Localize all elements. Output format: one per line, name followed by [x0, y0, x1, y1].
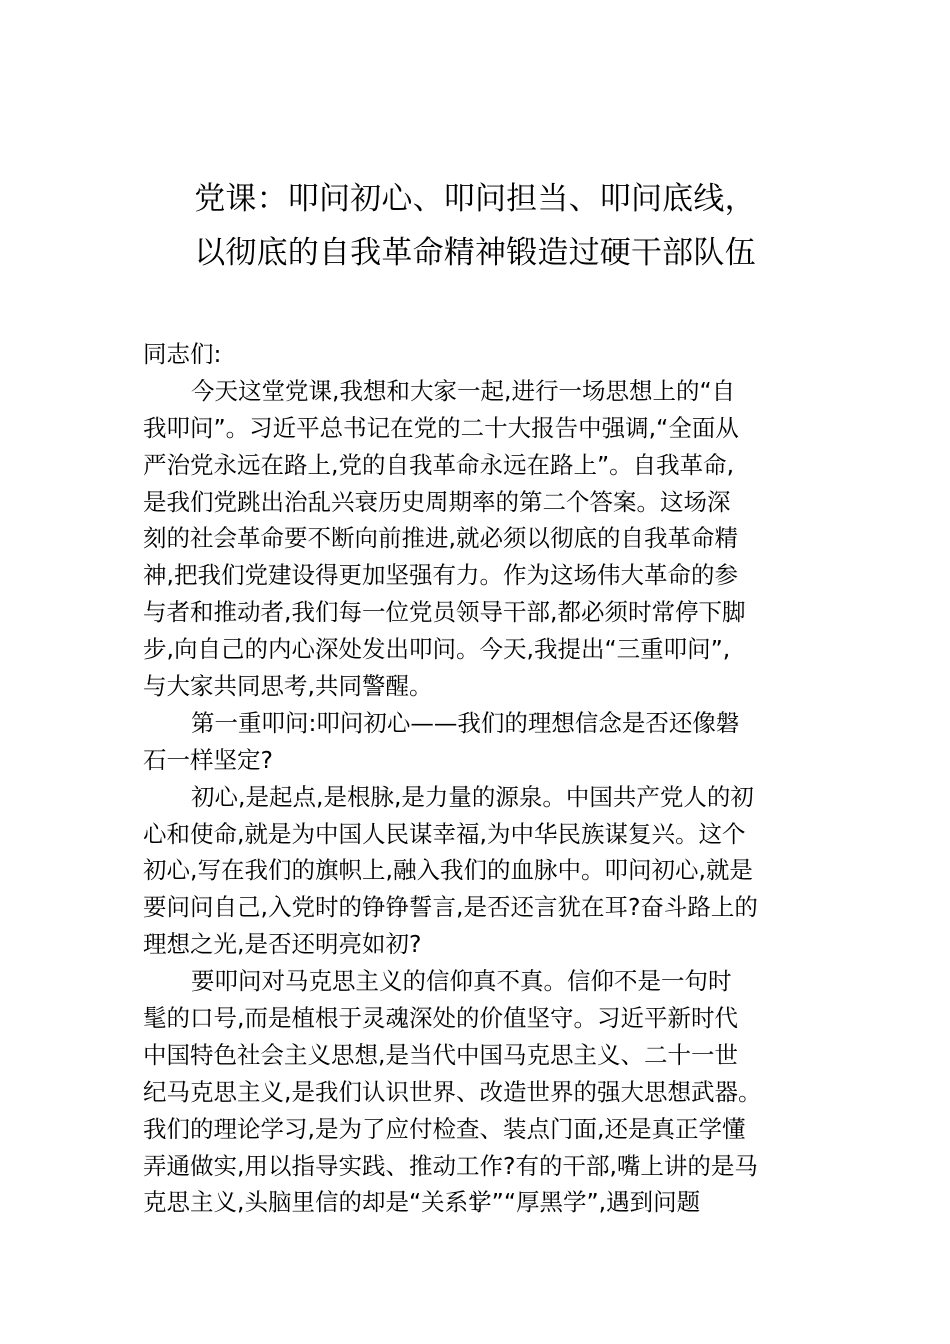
text-line: 髦的口号,而是植根于灵魂深处的价值坚守。习近平新时代 — [143, 1000, 813, 1037]
text-line: 我们的理论学习,是为了应付检查、装点门面,还是真正学懂 — [143, 1111, 813, 1148]
text-line: 要问问自己,入党时的铮铮誓言,是否还言犹在耳?奋斗路上的 — [143, 889, 813, 926]
paragraph-original-aspiration: 初心,是起点,是根脉,是力量的源泉。中国共产党人的初 心和使命,就是为中国人民谋… — [143, 779, 813, 963]
text-line: 步,向自己的内心深处发出叩问。今天,我提出“三重叩问”, — [143, 631, 813, 668]
document-body: 同志们: 今天这堂党课,我想和大家一起,进行一场思想上的“自 我叩问”。习近平总… — [143, 336, 813, 1221]
text-line: 与者和推动者,我们每一位党员领导干部,都必须时常停下脚 — [143, 594, 813, 631]
text-line: 初心,写在我们的旗帜上,融入我们的血脉中。叩问初心,就是 — [143, 852, 813, 889]
title-line-1: 党课：叩问初心、叩问担当、叩问底线， — [140, 172, 810, 226]
text-line: 是我们党跳出治乱兴衰历史周期率的第二个答案。这场深 — [143, 484, 813, 521]
text-line: 理想之光,是否还明亮如初? — [143, 926, 813, 963]
text-line: 神,把我们党建设得更加坚强有力。作为这场伟大革命的参 — [143, 557, 813, 594]
text-line: 与大家共同思考,共同警醒。 — [143, 668, 813, 705]
text-line: 中国特色社会主义思想,是当代中国马克思主义、二十一世 — [143, 1037, 813, 1074]
text-line: 我叩问”。习近平总书记在党的二十大报告中强调,“全面从 — [143, 410, 813, 447]
document-page: 党课：叩问初心、叩问担当、叩问底线， 以彻底的自我革命精神锻造过硬干部队伍 同志… — [0, 0, 950, 1344]
text-line: 弄通做实,用以指导实践、推动工作?有的干部,嘴上讲的是马 — [143, 1148, 813, 1185]
paragraph-marxism-faith: 要叩问对马克思主义的信仰真不真。信仰不是一句时 髦的口号,而是植根于灵魂深处的价… — [143, 963, 813, 1221]
document-title: 党课：叩问初心、叩问担当、叩问底线， 以彻底的自我革命精神锻造过硬干部队伍 — [140, 172, 810, 280]
paragraph-intro: 今天这堂党课,我想和大家一起,进行一场思想上的“自 我叩问”。习近平总书记在党的… — [143, 373, 813, 705]
text-line: 要叩问对马克思主义的信仰真不真。信仰不是一句时 — [143, 963, 813, 1000]
heading-line: 第一重叩问:叩问初心——我们的理想信念是否还像磐 — [143, 705, 813, 742]
text-line: 严治党永远在路上,党的自我革命永远在路上”。自我革命, — [143, 447, 813, 484]
text-line: 刻的社会革命要不断向前推进,就必须以彻底的自我革命精 — [143, 520, 813, 557]
text-line: 初心,是起点,是根脉,是力量的源泉。中国共产党人的初 — [143, 779, 813, 816]
text-line: 纪马克思主义,是我们认识世界、改造世界的强大思想武器。 — [143, 1074, 813, 1111]
salutation: 同志们: — [143, 336, 813, 373]
heading-line: 石一样坚定? — [143, 742, 813, 779]
section-heading-first-question: 第一重叩问:叩问初心——我们的理想信念是否还像磐 石一样坚定? — [143, 705, 813, 779]
text-line: 心和使命,就是为中国人民谋幸福,为中华民族谋复兴。这个 — [143, 816, 813, 853]
text-line: 今天这堂党课,我想和大家一起,进行一场思想上的“自 — [143, 373, 813, 410]
title-line-2: 以彻底的自我革命精神锻造过硬干部队伍 — [140, 226, 810, 280]
page-number: 1 — [0, 1188, 950, 1218]
